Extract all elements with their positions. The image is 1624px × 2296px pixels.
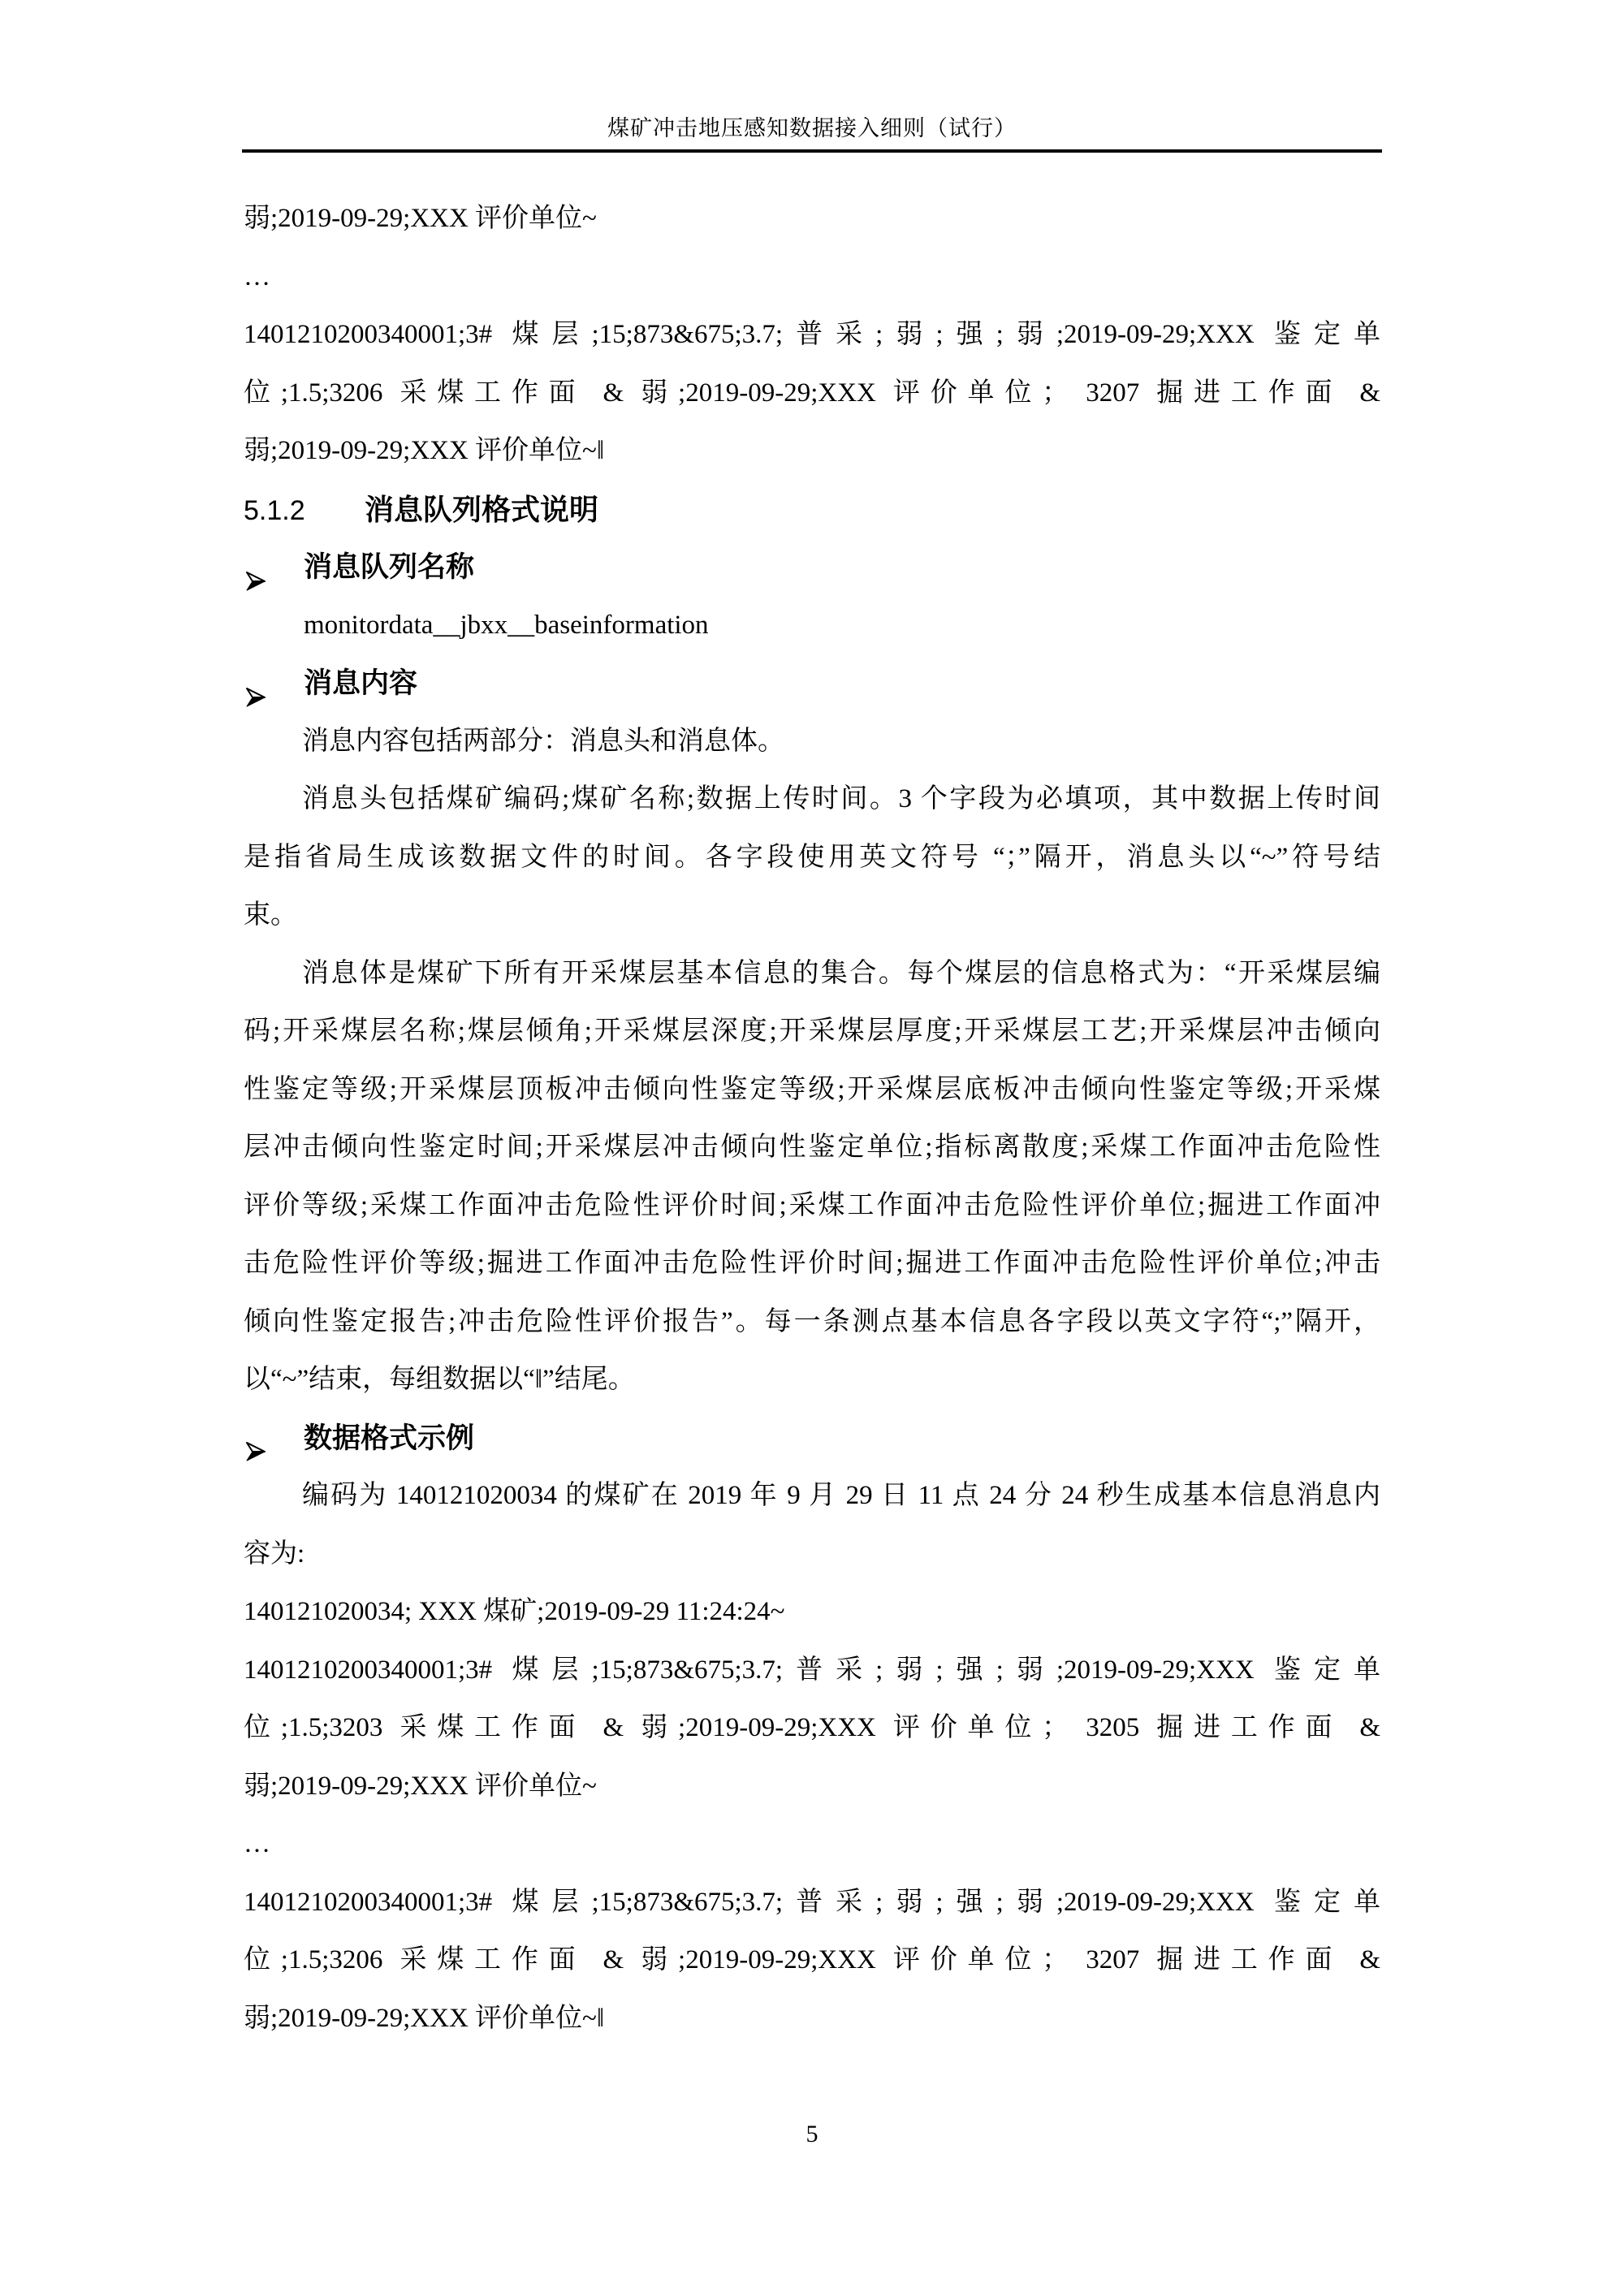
bullet-item-queue-name: 消息队列名称 [244,538,1380,597]
example-line: 1401210200340001;3# 煤层;15;873&675;3.7;普采… [244,1642,1380,1700]
arrow-bullet-icon [244,557,268,581]
paragraph-line: 编码为 140121020034 的煤矿在 2019 年 9 月 29 日 11… [244,1467,1380,1526]
document-page: 煤矿冲击地压感知数据接入细则（试行） 弱;2019-09-29;XXX 评价单位… [0,0,1624,2296]
bullet-label: 数据格式示例 [304,1409,474,1468]
ellipsis-line: … [244,248,1380,307]
arrow-bullet-icon [244,1427,268,1452]
page-number: 5 [0,2121,1624,2148]
bullet-item-data-example: 数据格式示例 [244,1409,1380,1468]
paragraph-line: 是指省局生成该数据文件的时间。各字段使用英文符号 “；”隔开，消息头以“~”符号… [244,829,1380,887]
paragraph-line: 以“~”结束，每组数据以“‖”结尾。 [244,1351,1380,1409]
queue-name-value: monitordata__jbxx__baseinformation [244,597,1380,655]
example-line: 1401210200340001;3# 煤层;15;873&675;3.7;普采… [244,1874,1380,1932]
paragraph-line: 码;开采煤层名称;煤层倾角;开采煤层深度;开采煤层厚度;开采煤层工艺;开采煤层冲… [244,1003,1380,1061]
section-heading: 5.1.2消息队列格式说明 [244,481,1380,539]
example-line: 1401210200340001;3# 煤层;15;873&675;3.7;普采… [244,306,1380,365]
example-line: 弱;2019-09-29;XXX 评价单位~‖ [244,1990,1380,2048]
ellipsis-line: … [244,1815,1380,1874]
paragraph-line: 性鉴定等级;开采煤层顶板冲击倾向性鉴定等级;开采煤层底板冲击倾向性鉴定等级;开采… [244,1061,1380,1120]
section-title: 消息队列格式说明 [365,493,598,526]
example-line: 弱;2019-09-29;XXX 评价单位~‖ [244,422,1380,481]
example-line: 位;1.5;3206 采煤工作面 & 弱;2019-09-29;XXX 评价单位… [244,1931,1380,1990]
example-line: 140121020034; XXX 煤矿;2019-09-29 11:24:24… [244,1583,1380,1642]
paragraph-line: 容为: [244,1526,1380,1584]
paragraph-line: 消息体是煤矿下所有开采煤层基本信息的集合。每个煤层的信息格式为：“开采煤层编 [244,945,1380,1003]
paragraph-line: 层冲击倾向性鉴定时间;开采煤层冲击倾向性鉴定单位;指标离散度;采煤工作面冲击危险… [244,1119,1380,1177]
example-line: 位;1.5;3203 采煤工作面 & 弱;2019-09-29;XXX 评价单位… [244,1699,1380,1758]
paragraph-line: 束。 [244,887,1380,945]
paragraph-line: 消息内容包括两部分：消息头和消息体。 [244,713,1380,771]
example-line: 位;1.5;3206 采煤工作面 & 弱;2019-09-29;XXX 评价单位… [244,365,1380,423]
bullet-label: 消息内容 [304,654,417,713]
example-line: 弱;2019-09-29;XXX 评价单位~ [244,1758,1380,1816]
section-number: 5.1.2 [244,482,365,539]
header-rule [242,149,1382,153]
paragraph-line: 击危险性评价等级;掘进工作面冲击危险性评价时间;掘进工作面冲击危险性评价单位;冲… [244,1235,1380,1293]
bullet-item-message-content: 消息内容 [244,654,1380,713]
bullet-label: 消息队列名称 [304,538,474,597]
paragraph-line: 倾向性鉴定报告;冲击危险性评价报告”。每一条测点基本信息各字段以英文字符“;”隔… [244,1293,1380,1352]
page-header-title: 煤矿冲击地压感知数据接入细则（试行） [0,110,1624,142]
paragraph-line: 评价等级;采煤工作面冲击危险性评价时间;采煤工作面冲击危险性评价单位;掘进工作面… [244,1177,1380,1236]
example-line: 弱;2019-09-29;XXX 评价单位~ [244,190,1380,248]
paragraph-line: 消息头包括煤矿编码;煤矿名称;数据上传时间。3 个字段为必填项，其中数据上传时间 [244,770,1380,829]
arrow-bullet-icon [244,673,268,697]
document-content: 弱;2019-09-29;XXX 评价单位~ … 140121020034000… [244,190,1380,2048]
